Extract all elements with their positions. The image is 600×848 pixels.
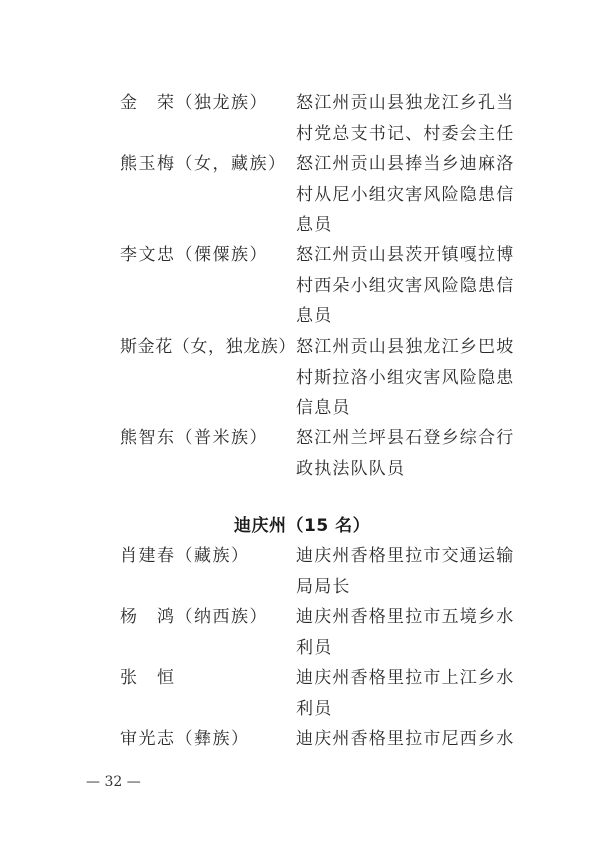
person-name: 张 恒: [120, 663, 176, 694]
person-name: 杨 鸿（纳西族）: [120, 602, 268, 633]
description-line: 怒江州贡山县茨开镇嘎拉博: [296, 240, 516, 271]
description-line: 迪庆州香格里拉市尼西乡水: [296, 724, 516, 755]
description-line: 迪庆州香格里拉市交通运输: [296, 541, 516, 572]
person-description: 怒江州贡山县捧当乡迪麻洛 村从尼小组灾害风险隐患信 息员: [296, 149, 516, 241]
description-line: 信息员: [296, 393, 516, 424]
page-number: — 32 —: [86, 774, 141, 790]
description-line: 怒江州兰坪县石登乡综合行: [296, 423, 516, 454]
description-line: 政执法队队员: [296, 454, 516, 485]
person-name: 李文忠（傈僳族）: [120, 240, 268, 271]
description-line: 迪庆州香格里拉市五境乡水: [296, 602, 516, 633]
person-name: 金 荣（独龙族）: [120, 88, 268, 119]
person-name: 审光志（彝族）: [120, 724, 250, 755]
description-line: 局局长: [296, 572, 516, 603]
person-description: 怒江州贡山县茨开镇嘎拉博 村西朵小组灾害风险隐患信 息员: [296, 240, 516, 332]
person-name: 熊智东（普米族）: [120, 423, 268, 454]
description-line: 村从尼小组灾害风险隐患信: [296, 180, 516, 211]
person-description: 怒江州贡山县独龙江乡巴坡 村斯拉洛小组灾害风险隐患 信息员: [296, 332, 516, 424]
person-description: 迪庆州香格里拉市交通运输 局局长: [296, 541, 516, 602]
description-line: 息员: [296, 301, 516, 332]
description-line: 利员: [296, 694, 516, 725]
section-heading: 迪庆州（15 名）: [234, 511, 370, 536]
person-description: 怒江州贡山县独龙江乡孔当 村党总支书记、村委会主任: [296, 88, 516, 149]
description-line: 村西朵小组灾害风险隐患信: [296, 271, 516, 302]
description-line: 怒江州贡山县独龙江乡巴坡: [296, 332, 516, 363]
person-name: 熊玉梅（女，藏族）: [120, 149, 287, 180]
person-description: 迪庆州香格里拉市尼西乡水: [296, 724, 516, 755]
description-line: 怒江州贡山县捧当乡迪麻洛: [296, 149, 516, 180]
description-line: 村斯拉洛小组灾害风险隐患: [296, 363, 516, 394]
description-line: 迪庆州香格里拉市上江乡水: [296, 663, 516, 694]
person-name: 斯金花（女，独龙族）: [120, 332, 296, 363]
person-name: 肖建春（藏族）: [120, 541, 250, 572]
document-page: 金 荣（独龙族） 怒江州贡山县独龙江乡孔当 村党总支书记、村委会主任 熊玉梅（女…: [0, 0, 600, 848]
description-line: 怒江州贡山县独龙江乡孔当: [296, 88, 516, 119]
person-description: 怒江州兰坪县石登乡综合行 政执法队队员: [296, 423, 516, 484]
description-line: 息员: [296, 210, 516, 241]
person-description: 迪庆州香格里拉市五境乡水 利员: [296, 602, 516, 663]
description-line: 村党总支书记、村委会主任: [296, 119, 516, 150]
person-description: 迪庆州香格里拉市上江乡水 利员: [296, 663, 516, 724]
description-line: 利员: [296, 633, 516, 664]
